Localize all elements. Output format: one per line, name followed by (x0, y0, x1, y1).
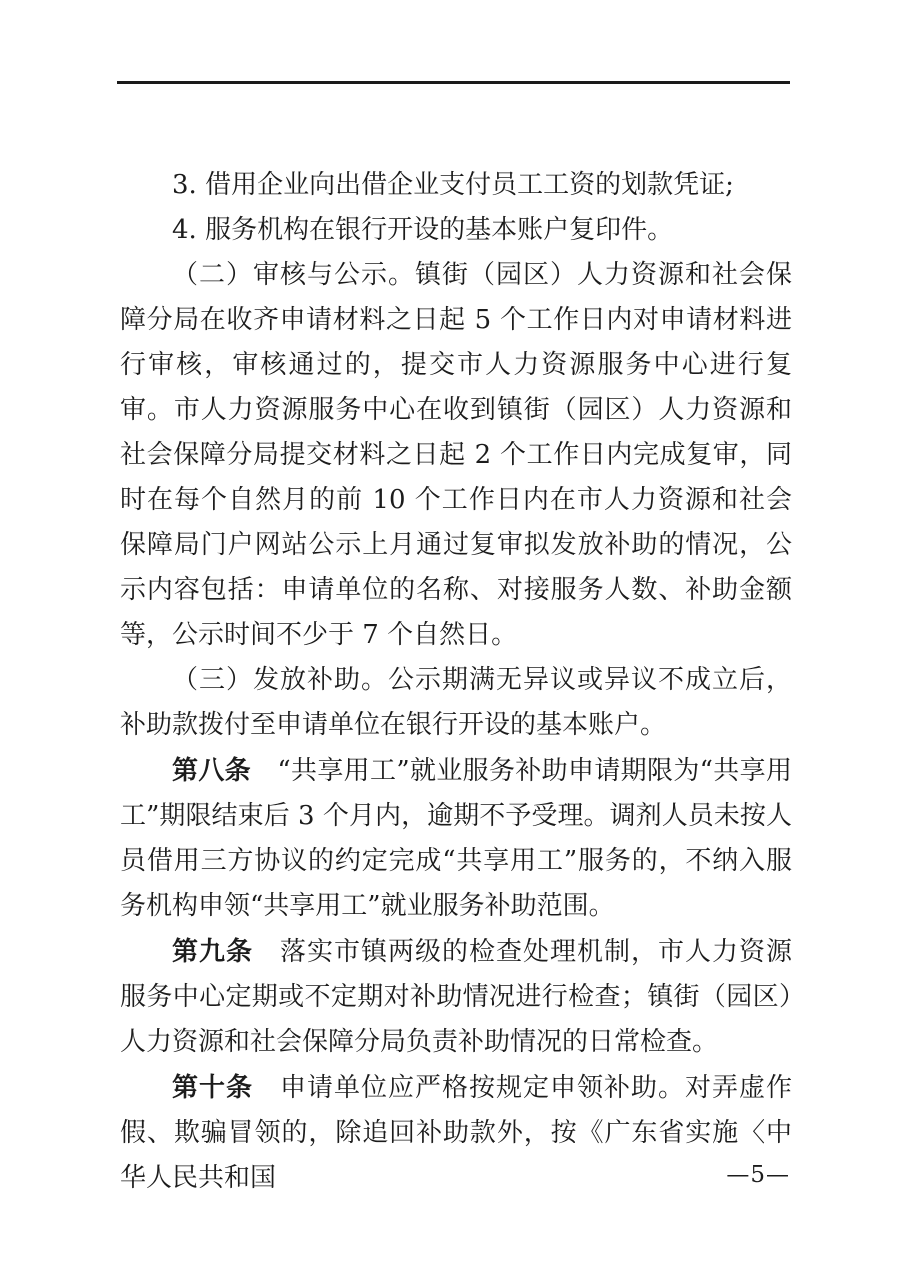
article-heading: 第九条 (172, 936, 253, 966)
para-review-and-publicity: （二）审核与公示。镇街（园区）人力资源和社会保障分局在收齐申请材料之日起 5 个… (120, 253, 792, 658)
text-run: 3. 借用企业向出借企业支付员工工资的划款凭证; (172, 170, 734, 200)
text-run: （三）发放补助。公示期满无异议或异议不成立后，补助款拨付至申请单位在银行开设的基… (120, 665, 792, 740)
article-heading: 第八条 (172, 755, 251, 785)
article-heading: 第十条 (172, 1072, 253, 1102)
article-8: 第八条 “共享用工”就业服务补助申请期限为“共享用工”期限结束后 3 个月内，逾… (120, 748, 792, 929)
document-body: 3. 借用企业向出借企业支付员工工资的划款凭证;4. 服务机构在银行开设的基本账… (120, 163, 792, 1201)
para-grant-subsidy: （三）发放补助。公示期满无异议或异议不成立后，补助款拨付至申请单位在银行开设的基… (120, 658, 792, 748)
article-9: 第九条 落实市镇两级的检查处理机制，市人力资源服务中心定期或不定期对补助情况进行… (120, 929, 792, 1065)
text-run: 4. 服务机构在银行开设的基本账户复印件。 (172, 215, 673, 245)
list-item-3: 3. 借用企业向出借企业支付员工工资的划款凭证; (120, 163, 792, 208)
text-run: （二）审核与公示。镇街（园区）人力资源和社会保障分局在收齐申请材料之日起 5 个… (120, 260, 792, 650)
page-number: —5— (726, 1164, 790, 1187)
header-rule (117, 81, 790, 84)
document-page: 3. 借用企业向出借企业支付员工工资的划款凭证;4. 服务机构在银行开设的基本账… (0, 0, 900, 1273)
article-10: 第十条 申请单位应严格按规定申领补助。对弄虚作假、欺骗冒领的，除追回补助款外，按… (120, 1065, 792, 1201)
list-item-4: 4. 服务机构在银行开设的基本账户复印件。 (120, 208, 792, 253)
